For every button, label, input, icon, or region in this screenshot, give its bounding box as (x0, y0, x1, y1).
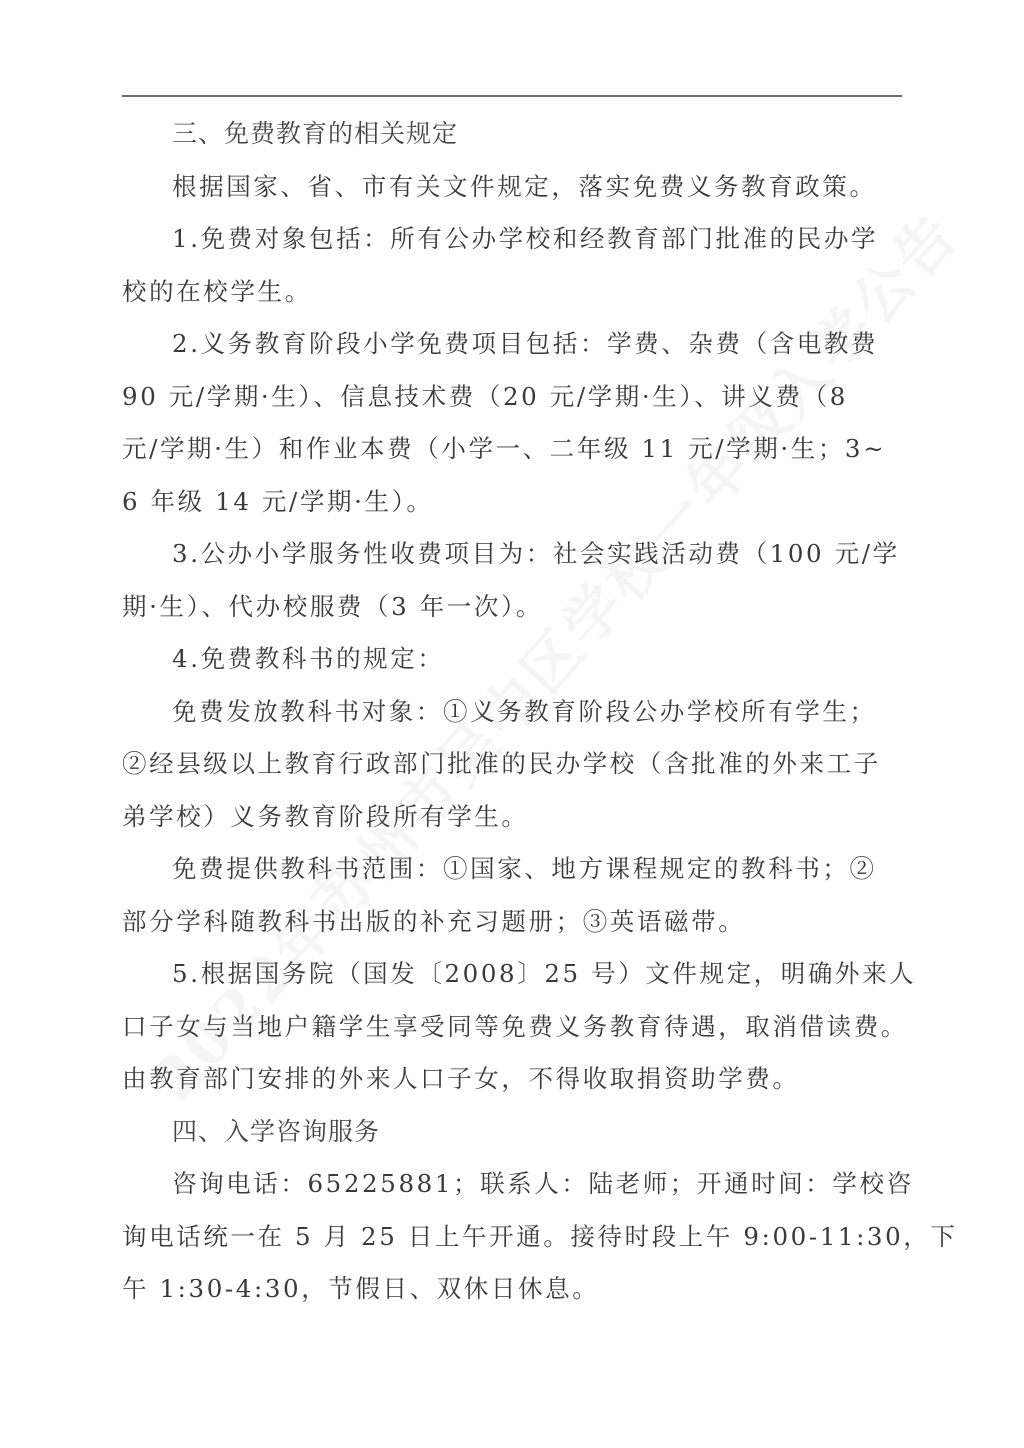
paragraph-line: 校的在校学生。 (122, 266, 902, 319)
paragraph-line: ②经县级以上教育行政部门批准的民办学校（含批准的外来工子 (122, 738, 902, 791)
section-heading-enrollment-consulting: 四、入学咨询服务 (122, 1106, 902, 1159)
paragraph-line: 询电话统一在 5 月 25 日上午开通。接待时段上午 9:00-11:30，下 (122, 1211, 902, 1264)
paragraph-line: 口子女与当地户籍学生享受同等免费义务教育待遇，取消借读费。 (122, 1001, 902, 1054)
paragraph-line: 弟学校）义务教育阶段所有学生。 (122, 791, 902, 844)
paragraph-line: 根据国家、省、市有关文件规定，落实免费义务教育政策。 (122, 161, 902, 214)
paragraph-line: 5.根据国务院（国发〔2008〕25 号）文件规定，明确外来人 (122, 948, 902, 1001)
header-rule (122, 95, 902, 97)
paragraph-line: 2.义务教育阶段小学免费项目包括：学费、杂费（含电教费 (122, 318, 902, 371)
document-body: 三、免费教育的相关规定 根据国家、省、市有关文件规定，落实免费义务教育政策。 1… (122, 108, 902, 1316)
paragraph-line: 免费提供教科书范围：①国家、地方课程规定的教科书；② (122, 843, 902, 896)
paragraph-line: 由教育部门安排的外来人口子女，不得收取捐资助学费。 (122, 1053, 902, 1106)
paragraph-line: 6 年级 14 元/学期·生）。 (122, 476, 902, 529)
paragraph-line: 4.免费教科书的规定： (122, 633, 902, 686)
paragraph-line: 部分学科随教科书出版的补充习题册；③英语磁带。 (122, 896, 902, 949)
paragraph-line: 元/学期·生）和作业本费（小学一、二年级 11 元/学期·生；3~ (122, 423, 902, 476)
paragraph-line: 免费发放教科书对象：①义务教育阶段公办学校所有学生； (122, 686, 902, 739)
paragraph-line: 90 元/学期·生）、信息技术费（20 元/学期·生）、讲义费（8 (122, 371, 902, 424)
paragraph-line: 午 1:30-4:30，节假日、双休日休息。 (122, 1263, 902, 1316)
paragraph-line: 期·生）、代办校服费（3 年一次）。 (122, 581, 902, 634)
paragraph-line: 3.公办小学服务性收费项目为：社会实践活动费（100 元/学 (122, 528, 902, 581)
section-heading-free-education: 三、免费教育的相关规定 (122, 108, 902, 161)
paragraph-line: 1.免费对象包括：所有公办学校和经教育部门批准的民办学 (122, 213, 902, 266)
paragraph-line: 咨询电话：65225881；联系人：陆老师；开通时间：学校咨 (122, 1158, 902, 1211)
